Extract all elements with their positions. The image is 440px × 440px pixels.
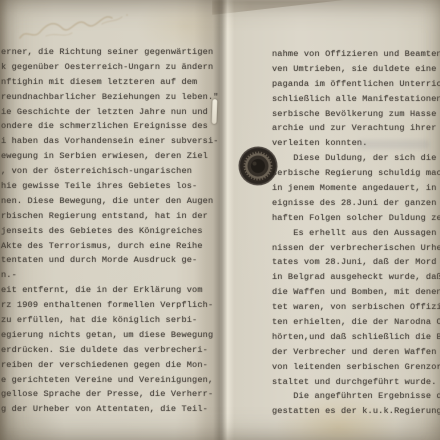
typewritten-line: archie und zur Verachtung ihrer Ei: [272, 121, 440, 136]
typewritten-line: Akte des Terrorismus, durch eine Reihe: [1, 239, 219, 254]
typewritten-line: g der Urheber von Attentaten, die Teil-: [1, 402, 219, 417]
library-stamp-icon: [235, 143, 281, 189]
typewritten-line: nftighin mit diesem letzteren auf dem: [1, 75, 219, 90]
typewritten-line: nahme von Offizieren und Beamten a: [272, 47, 440, 62]
typewritten-line: egierung nichts getan, um diese Bewegung: [1, 328, 219, 343]
right-page-text: nahme von Offizieren und Beamten aven Um…: [272, 47, 440, 419]
typewritten-line: zu erfüllen, hat die königlich serbi-: [1, 313, 219, 328]
typewritten-line: ondere die schmerzlichen Ereignisse des: [1, 119, 219, 134]
typewritten-line: k gegenüber Oesterreich-Ungarn zu ändern: [1, 60, 219, 75]
typewritten-line: gellose Sprache der Presse, die Verherr-: [1, 387, 219, 402]
typewritten-line: Die angeführten Ergebnisse de: [272, 389, 440, 404]
typewritten-line: rz 1909 enthaltenen formellen Verpflich-: [1, 298, 219, 313]
typewritten-line: reundnachbarlicher Beziehungen zu leben.…: [1, 90, 219, 105]
typewritten-line: Diese Duldung, der sich die k: [272, 151, 440, 166]
handwritten-annotation: [6, 2, 156, 50]
typewritten-line: haften Folgen solcher Duldung zeig: [272, 211, 440, 226]
typewritten-line: hörten,und daß schließlich die Bef: [272, 330, 440, 345]
typewritten-line: ie Geschichte der letzten Jahre nun und: [1, 105, 219, 120]
typewritten-line: n.-: [1, 268, 219, 283]
typewritten-line: tet waren, von serbischen Offizie: [272, 300, 440, 315]
typewritten-line: ewegung in Serbien erwiesen, deren Ziel: [1, 149, 219, 164]
typewritten-line: e gerichteten Vereine und Vereinigungen,: [1, 373, 219, 388]
typewritten-line: staltet und durchgeführt wurde.: [272, 375, 440, 390]
typewritten-line: die Waffen und Bomben, mit denen d: [272, 285, 440, 300]
typewritten-line: nissen der verbrecherischen Urhebe: [272, 241, 440, 256]
typewritten-line: erdrücken. Sie duldete das verbrecheri-: [1, 343, 219, 358]
typewritten-line: erner, die Richtung seiner gegenwärtigen: [1, 45, 219, 60]
typewritten-line: von leitenden serbischen Grenzorga: [272, 360, 440, 375]
typewritten-line: paganda im öffentlichen Unterricht: [272, 77, 440, 92]
typewritten-line: der Verbrecher und deren Waffen na: [272, 345, 440, 360]
book-scan-photo: erner, die Richtung seiner gegenwärtigen…: [0, 0, 440, 440]
typewritten-line: nen. Diese Bewegung, die unter den Augen: [1, 194, 219, 209]
typewritten-line: tentaten und durch Morde Ausdruck ge-: [1, 253, 219, 268]
typewritten-line: schließlich alle Manifestationen,: [272, 92, 440, 107]
typewritten-line: i haben das Vorhandensein einer subversi…: [1, 134, 219, 149]
typewritten-line: in jenem Momente angedauert, in de: [272, 181, 440, 196]
typewritten-line: ven Umtrieben, sie duldete eine un: [272, 62, 440, 77]
typewritten-line: serbische Bevölkerung zum Hasse ge: [272, 107, 440, 122]
typewritten-line: jenseits des Gebietes des Königreiches: [1, 224, 219, 239]
ink-smudge: [358, 140, 430, 149]
typewritten-line: ten erhielten, die der Narodna Odb: [272, 315, 440, 330]
typewritten-line: , von der österreichisch-ungarischen: [1, 164, 219, 179]
typewritten-line: eignisse des 28.Juni der ganzen We: [272, 196, 440, 211]
typewritten-line: tates vom 28.Juni, daß der Mord v: [272, 255, 440, 270]
typewritten-line: eit entfernt, die in der Erklärung vom: [1, 283, 219, 298]
typewritten-line: Es erhellt aus den Aussagen u: [272, 226, 440, 241]
typewritten-line: in Belgrad ausgeheckt wurde, daß d: [272, 270, 440, 285]
left-page-text: erner, die Richtung seiner gegenwärtigen…: [1, 45, 219, 417]
typewritten-line: reiben der verschiedenen gegen die Mon-: [1, 358, 219, 373]
typewritten-line: hie gewisse Teile ihres Gebietes los-: [1, 179, 219, 194]
typewritten-line: rbischen Regierung entstand, hat in der: [1, 209, 219, 224]
typewritten-line: serbische Regierung schuldig macht: [272, 166, 440, 181]
typewritten-line: gestatten es der k.u.k.Regierung: [272, 404, 440, 419]
